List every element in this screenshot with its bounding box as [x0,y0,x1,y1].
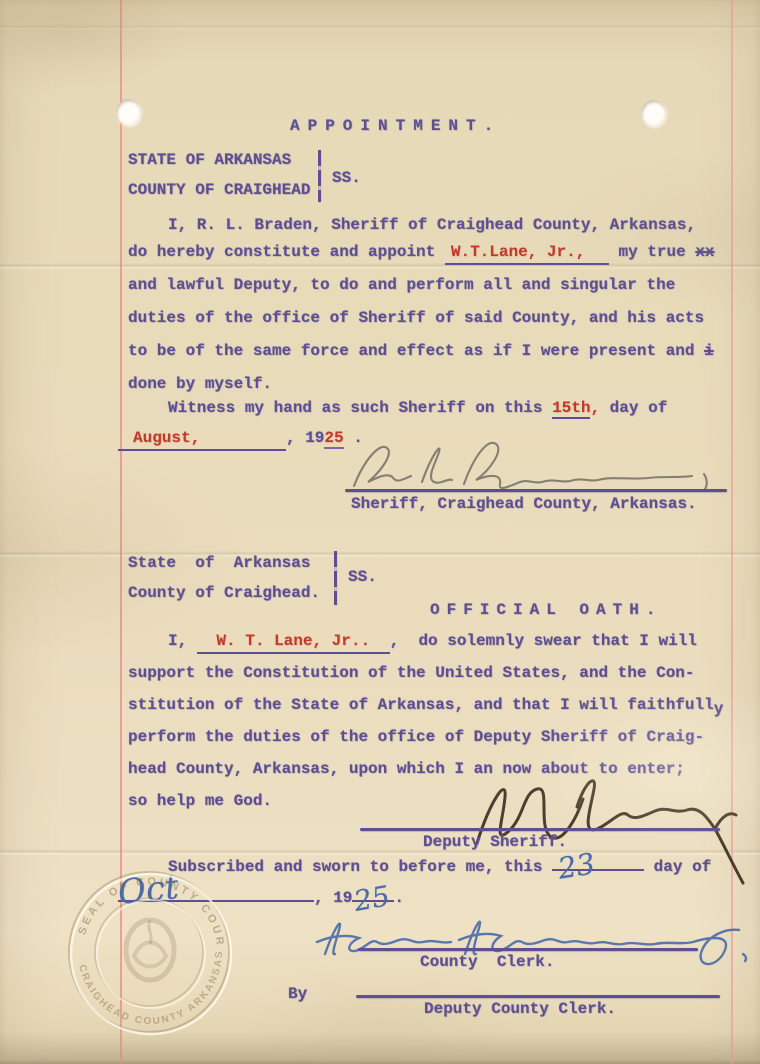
appointee-name: W.T.Lane, Jr., [445,242,609,263]
appointment-line: I, R. L. Braden, Sheriff of Craighead Co… [168,215,696,236]
clerk-signature-line [358,948,698,951]
fold-crease [0,551,760,558]
sheriff-signature-line [345,489,727,492]
oath-line: support the Constitution of the United S… [128,663,695,684]
year2-fill: 25 [352,900,394,902]
sworn-line: Subscribed and sworn to before me, this … [168,857,711,878]
clerk-caption: County Clerk. [420,952,554,973]
month-fill: August, [118,428,286,451]
date-line-2: Oct, 1925. [118,888,404,909]
date2-month-handwritten: Oct [117,877,179,904]
witness-a: Witness my hand as such Sheriff on this [168,399,552,417]
venue2-ss: SS. [348,567,377,588]
seal-bottom-text: CRAIGHEAD COUNTY ARKANSAS [76,949,225,1027]
date-line-1: August,, 1925 . [118,428,363,451]
date1-mid: , 19 [286,429,324,447]
date2-end: . [394,889,404,907]
venue2-brace [334,551,337,605]
fold-crease [0,24,760,30]
venue1-county: COUNTY OF CRAIGHEAD [128,180,310,201]
venue1-state: STATE OF ARKANSAS [128,150,291,171]
sworn-b: day of [644,858,711,876]
date1-end: . [344,429,363,447]
oath-l3-dropped-y: y [714,699,724,720]
appointment-l2b: my true [609,243,695,261]
oath-line: perform the duties of the office of Depu… [128,727,704,748]
appointment-l5a: to be of the same force and effect as if… [128,342,704,360]
deputy-clerk-caption: Deputy County Clerk. [424,999,616,1020]
document-page: APPOINTMENT. STATE OF ARKANSAS COUNTY OF… [0,0,760,1064]
punch-hole-right [641,100,666,127]
venue2-county: County of Craighead. [128,583,320,604]
appointment-line: and lawful Deputy, to do and perform all… [128,275,675,296]
oath-title: OFFICIAL OATH. [430,600,662,621]
oath-line: head County, Arkansas, upon which I an n… [128,759,685,780]
witness-day: 15th [552,399,590,419]
month2-fill: Oct [118,900,314,902]
svg-text:CRAIGHEAD COUNTY ARKANSAS: CRAIGHEAD COUNTY ARKANSAS [76,949,225,1027]
deputy-caption: Deputy Sheriff. [423,832,567,853]
date1-month: August, [118,429,200,447]
sworn-a: Subscribed and sworn to before me, this [168,858,552,876]
witness-comma: , [590,399,600,417]
date1-year: 25 [324,429,343,449]
by-label: By [288,984,307,1005]
appointment-line: to be of the same force and effect as if… [128,341,714,362]
oath-name-fill: W. T. Lane, Jr.. [197,631,390,654]
date2-year-handwritten: 25 [353,885,392,912]
appointment-l2a: do hereby constitute and appoint [128,243,445,261]
sworn-day-handwritten: 23 [557,853,597,880]
date2-mid: , 19 [314,889,352,907]
right-margin-rule [731,0,733,1064]
deputy-clerk-signature-line [356,995,720,998]
typo-strikeout: xx [695,243,714,261]
appointment-line: duties of the office of Sheriff of said … [128,308,704,329]
appointment-line: do hereby constitute and appoint W.T.Lan… [128,242,715,265]
oath-l1a: I, [168,632,197,650]
witness-line: Witness my hand as such Sheriff on this … [168,398,667,419]
venue1-brace [318,150,321,202]
typo-strikeout: i [704,342,714,360]
oath-line: stitution of the State of Arkansas, and … [128,695,723,716]
sheriff-signature [330,434,730,496]
punch-hole-left [116,99,141,126]
venue2-state: State of Arkansas [128,553,310,574]
venue1-ss: SS. [332,168,361,189]
oath-line: so help me God. [128,791,272,812]
sheriff-caption: Sheriff, Craighead County, Arkansas. [351,494,697,515]
deputy-signature-line [360,828,720,831]
document-title: APPOINTMENT. [290,116,501,137]
appointment-line: done by myself. [128,374,272,395]
fold-crease [0,849,760,856]
oath-l3a: stitution of the State of Arkansas, and … [128,696,714,714]
sworn-day-fill: 23 [552,869,644,871]
oath-line: I, W. T. Lane, Jr.. , do solemnly swear … [168,631,697,654]
oath-name: W. T. Lane, Jr.. [197,631,390,652]
witness-b: day of [600,399,667,417]
oath-l1b: , do solemnly swear that I will [390,632,697,650]
appointee-name-fill: W.T.Lane, Jr., [445,242,609,265]
